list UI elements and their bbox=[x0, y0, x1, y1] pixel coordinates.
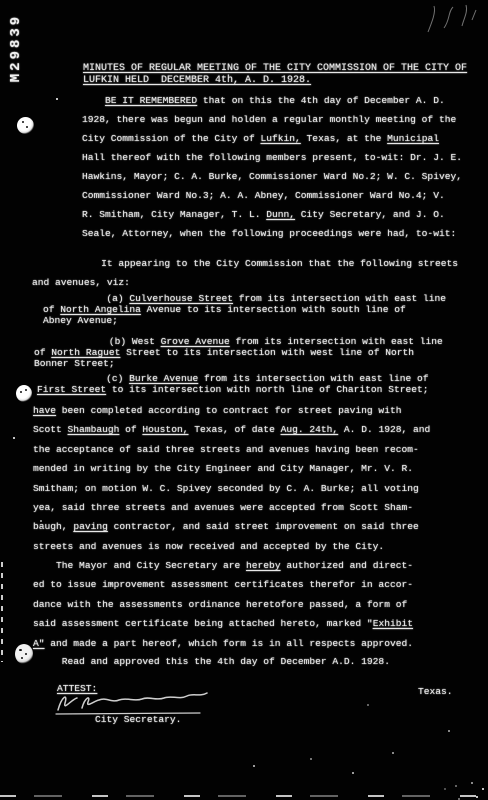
text-line: of North Raguet Street to its intersecti… bbox=[34, 348, 443, 359]
text-line: dance with the assessments ordinance her… bbox=[33, 595, 413, 614]
text-line: baugh, paving contractor, and said stree… bbox=[33, 517, 430, 536]
text-line: Abney Avenue; bbox=[43, 316, 446, 327]
list-item-street-a: (a) Culverhouse Street from its intersec… bbox=[43, 294, 446, 326]
text-line: 1928, there was begun and holden a regul… bbox=[82, 110, 462, 129]
document-title: MINUTES OF REGULAR MEETING OF THE CITY C… bbox=[83, 63, 467, 86]
text-line: have been completed according to contrac… bbox=[33, 401, 430, 420]
list-item-street-c: (c) Burke Avenue from its intersection w… bbox=[37, 374, 429, 396]
text-line: mended in writing by the City Engineer a… bbox=[33, 459, 430, 478]
paragraph-opening: BE IT REMEMBERED that on this the 4th da… bbox=[82, 91, 462, 243]
noise-speck bbox=[40, 520, 42, 522]
text-line: Seale, Attorney, when the following proc… bbox=[82, 224, 462, 243]
text-line: ed to issue improvement assessment certi… bbox=[33, 575, 413, 594]
text-line: The Mayor and City Secretary are hereby … bbox=[33, 556, 413, 575]
hole-punch-mark bbox=[16, 385, 32, 402]
text-line: Scott Shambaugh of Houston, Texas, of da… bbox=[33, 420, 430, 439]
paragraph-streets-intro: It appearing to the City Commission that… bbox=[32, 254, 458, 292]
scan-edge-artifact bbox=[0, 795, 488, 797]
text-line: streets and avenues is now received and … bbox=[33, 537, 430, 556]
paragraph-completion: have been completed according to contrac… bbox=[33, 401, 430, 556]
text-line: Commissioner Ward No.3; A. A. Abney, Com… bbox=[82, 186, 462, 205]
noise-speck bbox=[367, 704, 369, 706]
text-line: yea, said three streets and avenues were… bbox=[33, 498, 430, 517]
text-line: of North Angelina Avenue to its intersec… bbox=[43, 305, 446, 316]
text-line: Smitham; on motion W. C. Spivey seconded… bbox=[33, 479, 430, 498]
closing-approval-line: Read and approved this the 4th day of De… bbox=[33, 656, 390, 667]
scan-edge-artifact bbox=[1, 562, 3, 662]
text-line: Read and approved this the 4th day of De… bbox=[33, 656, 390, 667]
noise-speck bbox=[392, 752, 394, 754]
noise-speck bbox=[56, 98, 58, 100]
noise-speck bbox=[13, 437, 15, 439]
handwritten-mark bbox=[420, 2, 482, 40]
noise-speck bbox=[310, 758, 312, 760]
hole-punch-mark bbox=[17, 117, 34, 134]
text-line: R. Smitham, City Manager, T. L. Dunn, Ci… bbox=[82, 205, 462, 224]
scratch-stroke bbox=[472, 10, 476, 20]
text-line: It appearing to the City Commission that… bbox=[32, 254, 458, 273]
text-line: Bonner Street; bbox=[34, 359, 443, 370]
scratch-stroke bbox=[428, 6, 435, 32]
text-line: MINUTES OF REGULAR MEETING OF THE CITY C… bbox=[83, 63, 467, 75]
text-line: LUFKIN HELD DECEMBER 4th, A. D. 1928. bbox=[83, 75, 467, 87]
right-text-fragment: Texas. bbox=[418, 686, 453, 697]
text-line: said assessment certificate being attach… bbox=[33, 614, 413, 633]
scratch-stroke bbox=[444, 7, 453, 28]
hole-punch-mark bbox=[15, 644, 33, 664]
list-item-street-b: (b) West Grove Avenue from its intersect… bbox=[34, 337, 443, 369]
speckle-cluster bbox=[482, 788, 484, 790]
text-line: City Commission of the City of Lufkin, T… bbox=[82, 129, 462, 148]
text-line: Hall thereof with the following members … bbox=[82, 148, 462, 167]
text-line: BE IT REMEMBERED that on this the 4th da… bbox=[82, 91, 462, 110]
text-line: and avenues, viz: bbox=[32, 273, 458, 292]
noise-speck bbox=[448, 730, 450, 732]
noise-speck bbox=[352, 772, 354, 774]
scratch-stroke bbox=[462, 5, 467, 26]
vertical-file-number: M29839 bbox=[8, 8, 28, 88]
noise-speck bbox=[253, 765, 255, 767]
noise-speck bbox=[110, 583, 112, 585]
text-line: the acceptance of said three streets and… bbox=[33, 440, 430, 459]
signature-stroke bbox=[82, 693, 207, 708]
signature-title: City Secretary. bbox=[95, 714, 181, 725]
scanned-document-page: M29839 MINUTES OF REGULAR MEETING OF THE… bbox=[0, 0, 488, 800]
paragraph-authorization: The Mayor and City Secretary are hereby … bbox=[33, 556, 413, 653]
text-line: First Street to its intersection with no… bbox=[37, 385, 429, 396]
signature-stroke bbox=[58, 697, 77, 710]
text-line: A" and made a part hereof, which form is… bbox=[33, 634, 413, 653]
text-line: Hawkins, Mayor; C. A. Burke, Commissione… bbox=[82, 167, 462, 186]
